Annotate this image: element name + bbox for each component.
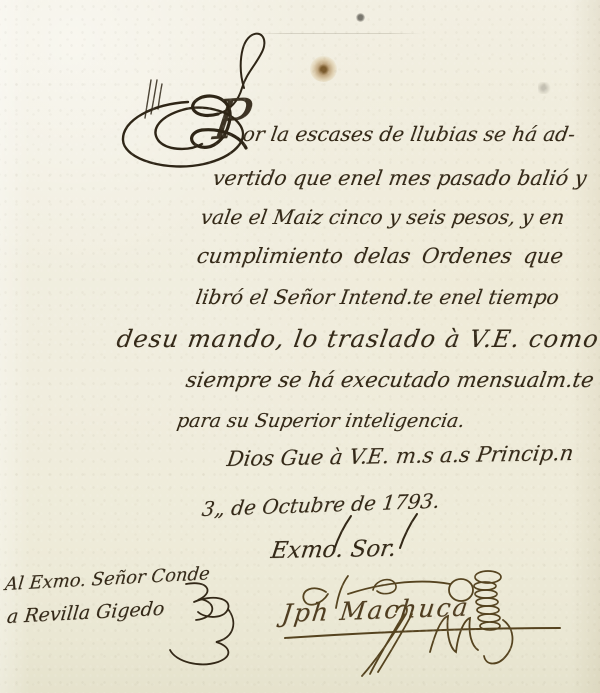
body-line: cumplimiento delas Ordenes que (195, 246, 564, 267)
body-line: vale el Maiz cinco y seis pesos, y en (199, 207, 565, 227)
body-line: siempre se há executado mensualm.te (184, 370, 595, 391)
body-line: vertido que enel mes pasado balió y (211, 168, 588, 189)
signature-name: Jph Machuca (280, 594, 471, 626)
salutation-line: Exmo. Sor. (269, 538, 397, 563)
addressee-line: Al Exmo. Señor Conde (4, 565, 211, 594)
manuscript-page: P or la escases de llubias se há ad- ver… (0, 0, 600, 693)
addressee-line: a Revilla Gigedo (6, 600, 165, 627)
paper-crease (252, 33, 422, 34)
body-line: para su Superior inteligencia. (175, 412, 465, 431)
signature-rubric (278, 570, 600, 693)
body-line: or la escases de llubias se há ad- (241, 124, 576, 144)
closing-line: Dios Gue à V.E. m.s a.s Princip.n (226, 443, 575, 470)
ink-stain (310, 56, 337, 82)
pencil-smudge (538, 82, 552, 94)
paper-spot (356, 13, 365, 22)
body-line: libró el Señor Intend.te enel tiempo (194, 287, 560, 307)
body-line: desu mando, lo traslado à V.E. como (115, 327, 600, 351)
date-line: 3„ de Octubre de 1793. (201, 491, 441, 519)
